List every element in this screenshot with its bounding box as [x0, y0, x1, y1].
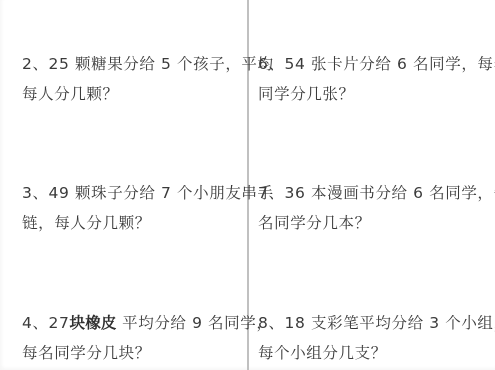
worksheet-page: 2、25 颗糖果分给 5 个孩子，平均 每人分几颗？ 6、54 张卡片分给 6 … — [0, 0, 495, 370]
problem-3: 3、49 颗珠子分给 7 个小朋友串手 链，每人分几颗？ — [22, 178, 274, 238]
problem-4-line-1-suffix: 平均分给 9 名同学， — [117, 314, 273, 332]
problem-7-line-1: 7、36 本漫画书分给 6 名同学，每 — [258, 178, 495, 208]
problem-3-line-2: 链，每人分几颗？ — [22, 208, 274, 238]
problem-4-line-2: 每名同学分几块？ — [22, 338, 272, 368]
problem-8-line-2: 每个小组分几支？ — [258, 338, 495, 368]
problem-6: 6、54 张卡片分给 6 名同学，每名 同学分几张？ — [258, 49, 495, 109]
problem-6-line-2: 同学分几张？ — [258, 79, 495, 109]
problem-6-line-1: 6、54 张卡片分给 6 名同学，每名 — [258, 49, 495, 79]
problem-4-line-1-prefix: 4、27 — [22, 314, 70, 332]
problem-8: 8、18 支彩笔平均分给 3 个小组， 每个小组分几支？ — [258, 308, 495, 368]
problem-7: 7、36 本漫画书分给 6 名同学，每 名同学分几本？ — [258, 178, 495, 238]
problem-2: 2、25 颗糖果分给 5 个孩子，平均 每人分几颗？ — [22, 49, 274, 109]
problem-4-line-1: 4、27块橡皮 平均分给 9 名同学， — [22, 308, 272, 338]
problem-8-line-1: 8、18 支彩笔平均分给 3 个小组， — [258, 308, 495, 338]
problem-7-line-2: 名同学分几本？ — [258, 208, 495, 238]
problem-2-line-2: 每人分几颗？ — [22, 79, 274, 109]
problem-4: 4、27块橡皮 平均分给 9 名同学， 每名同学分几块？ — [22, 308, 272, 368]
problem-3-line-1: 3、49 颗珠子分给 7 个小朋友串手 — [22, 178, 274, 208]
problem-4-line-1-emphasis: 块橡皮 — [70, 314, 117, 332]
problem-2-line-1: 2、25 颗糖果分给 5 个孩子，平均 — [22, 49, 274, 79]
